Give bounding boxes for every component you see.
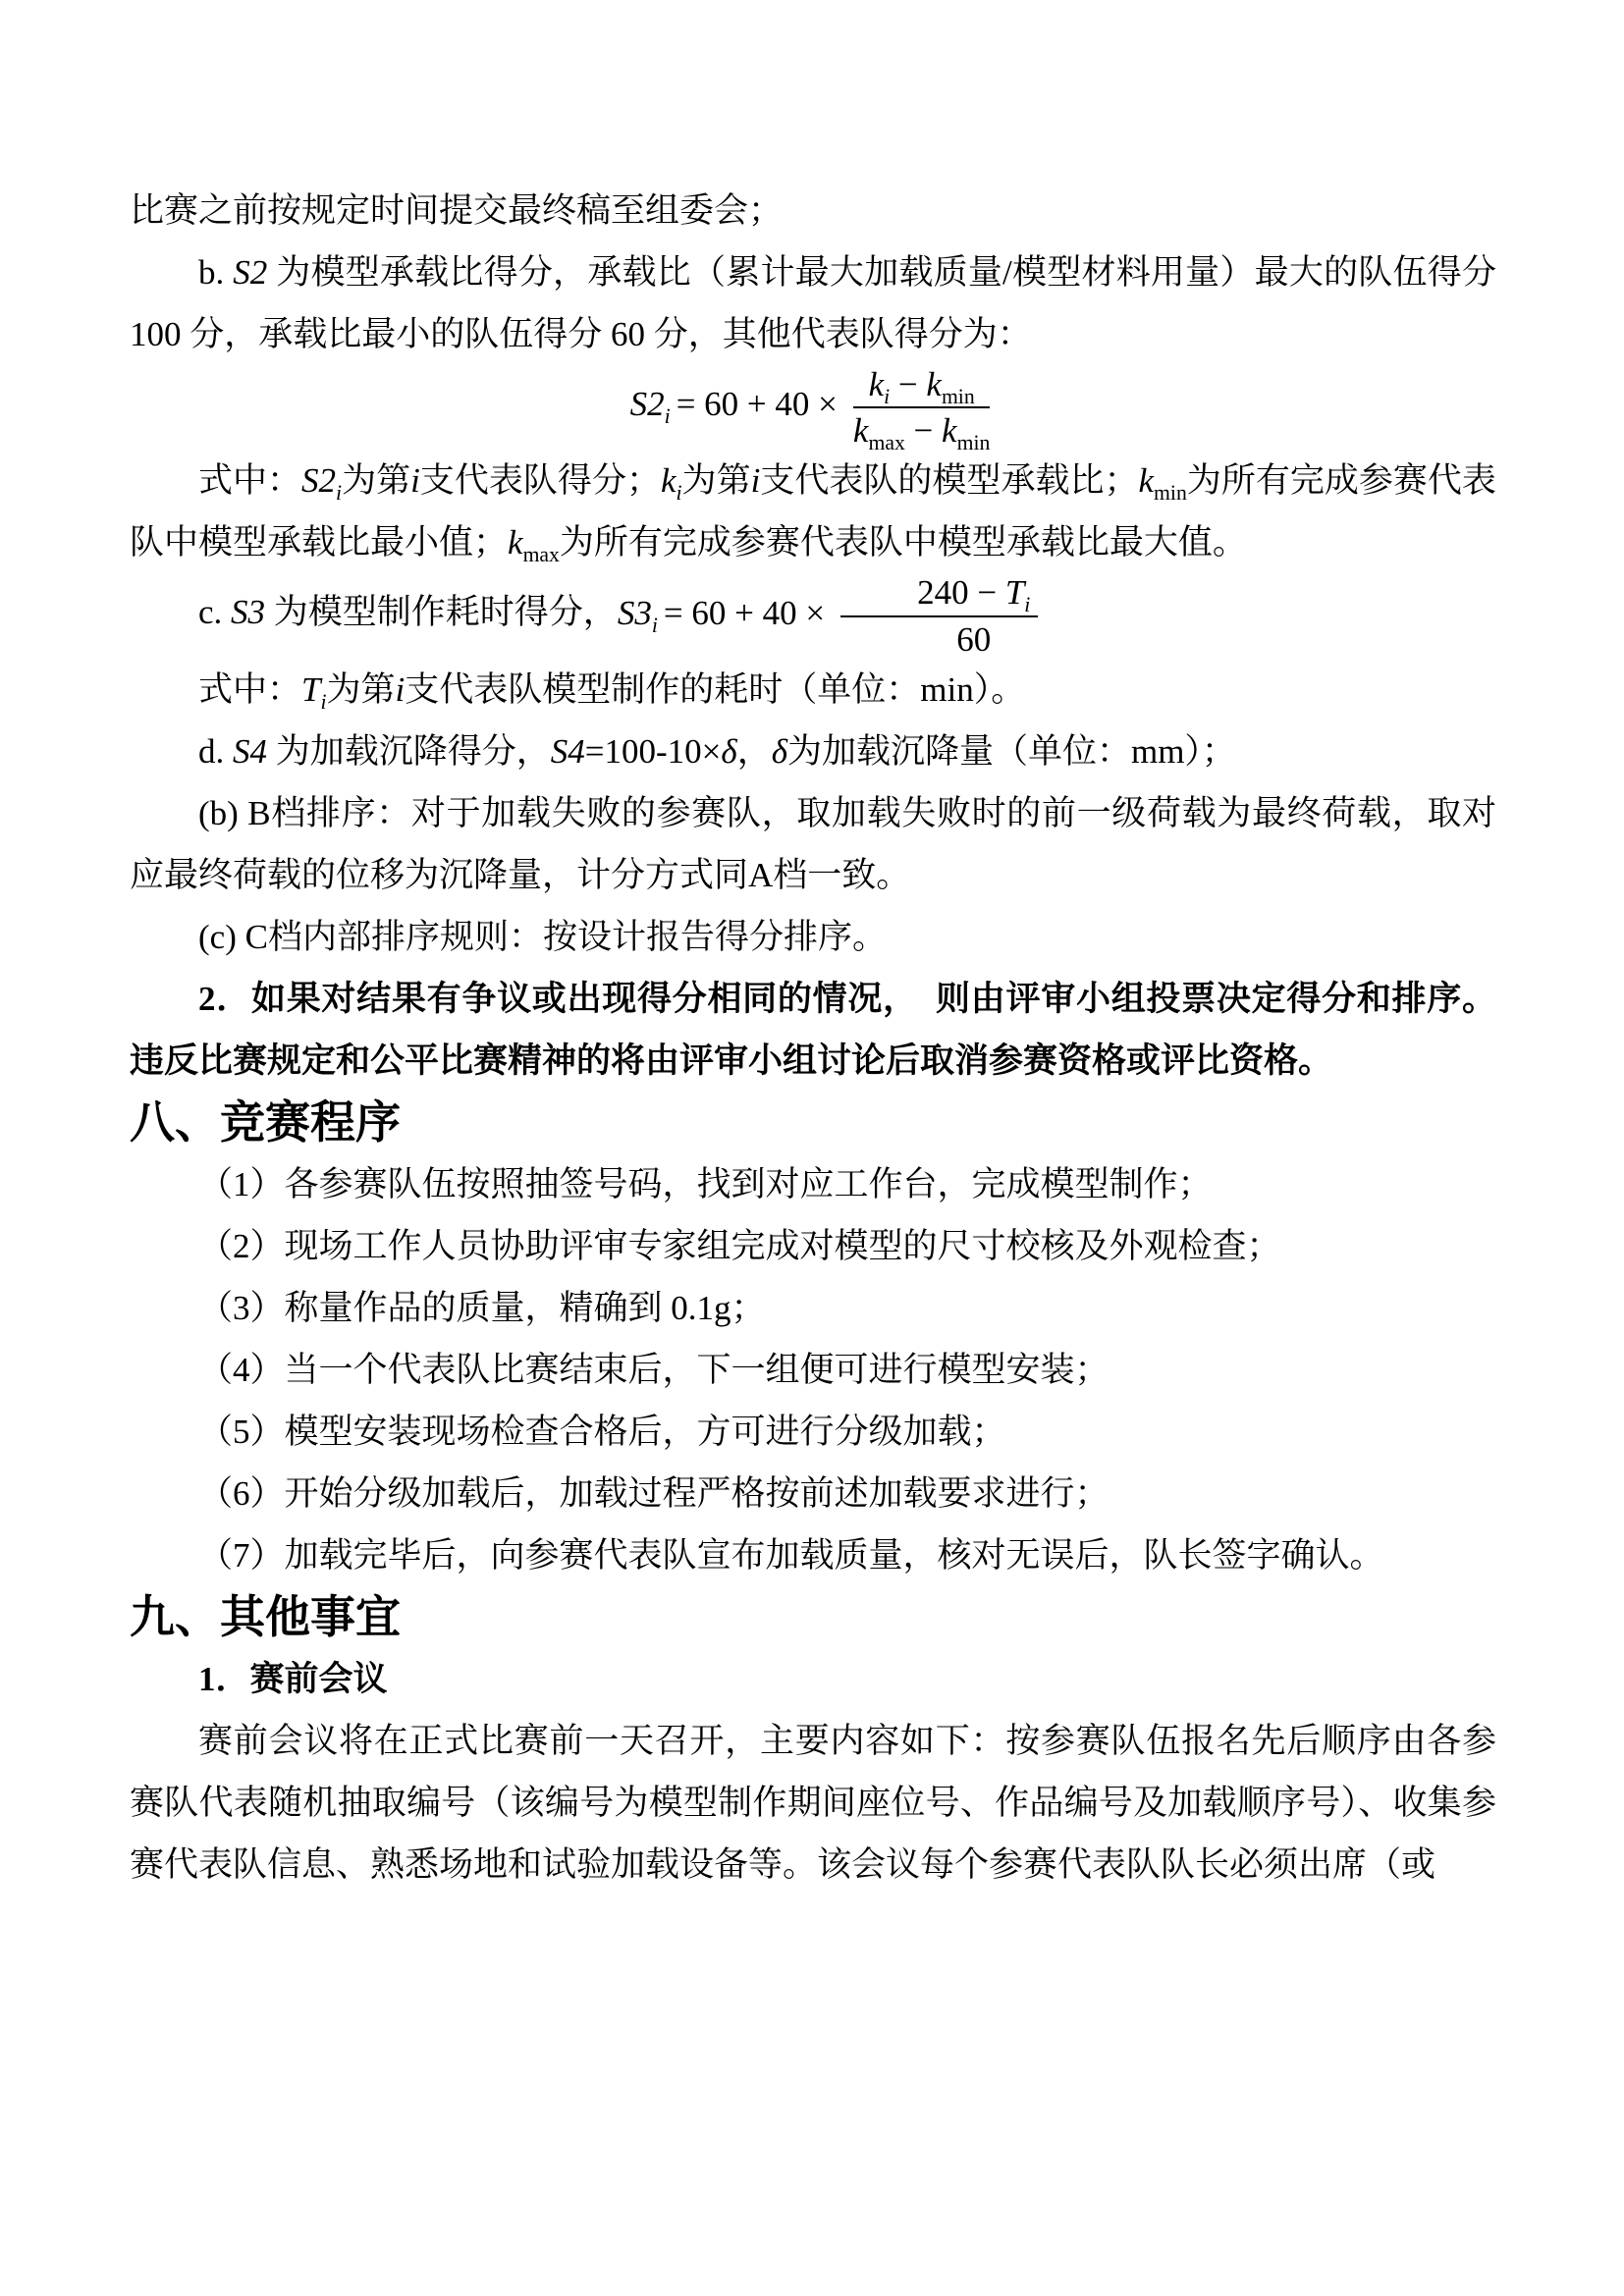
text-run: （1）各参赛队伍按照抽签号码，找到对应工作台，完成模型制作； [198, 1165, 1213, 1203]
heading-text: 八、竞赛程序 [130, 1097, 401, 1148]
text-run: 为模型承载比得分，承载比（累计最大加载质量/模型材料用量）最大的队伍得分 100… [130, 253, 1496, 353]
procedure-item-1: （1）各参赛队伍按照抽签号码，找到对应工作台，完成模型制作； [130, 1153, 1496, 1215]
heading-text: 九、其他事宜 [130, 1592, 401, 1642]
numerator-text: 240 − [917, 573, 1005, 612]
text-run: =100-10× [585, 732, 722, 771]
variable-k: k [853, 411, 869, 450]
subscript-max: max [523, 543, 560, 566]
text-run: 式中： [198, 461, 301, 500]
fraction-denominator: 60 [840, 617, 1038, 659]
paragraph-dispute-rule: 2．如果对结果有争议或出现得分相同的情况， 则由评审小组投票决定得分和排序。违反… [130, 968, 1496, 1092]
formula-s3: S3i= 60 + 40 ×240 − Ti60 [618, 594, 1045, 632]
text-run: 支代表队的模型承载比； [760, 461, 1138, 500]
formula-lhs: S3 [618, 594, 652, 632]
paragraph-item-b: b. S2 为模型承载比得分，承载比（累计最大加载质量/模型材料用量）最大的队伍… [130, 241, 1496, 365]
variable-k: k [1139, 461, 1155, 500]
text-run: 为第 [682, 461, 751, 500]
text-run: 支代表队模型制作的耗时（单位：min）。 [405, 670, 1025, 709]
paragraph-item-d: d. S4 为加载沉降得分，S4=100-10×δ，δ为加载沉降量（单位：mm）… [130, 721, 1496, 782]
variable-s2: S2 [301, 461, 336, 500]
text-run: 为模型制作耗时得分， [265, 594, 618, 632]
intro-paragraph: 比赛之前按规定时间提交最终稿至组委会； [130, 180, 1496, 241]
formula-lhs: S2 [630, 385, 665, 423]
subheading-pre-meeting: 1．赛前会议 [130, 1648, 1496, 1710]
variable-s4: S4 [551, 732, 585, 771]
text-run: （6）开始分级加载后，加载过程严格按前述加载要求进行； [198, 1474, 1110, 1513]
text-run: 为加载沉降量（单位：mm）； [787, 732, 1236, 771]
variable-i: i [396, 670, 406, 709]
procedure-item-5: （5）模型安装现场检查合格后，方可进行分级加载； [130, 1401, 1496, 1463]
text-run: 2．如果对结果有争议或出现得分相同的情况， 则由评审小组投票决定得分和排序。违反… [130, 980, 1496, 1080]
text-run: 赛前会议将在正式比赛前一天召开，主要内容如下：按参赛队伍报名先后顺序由各参赛队代… [130, 1722, 1496, 1884]
procedure-item-4: （4）当一个代表队比赛结束后，下一组便可进行模型安装； [130, 1339, 1496, 1401]
formula-fraction: ki − kminkmax − kmin [853, 365, 990, 450]
item-label: c. [198, 594, 231, 632]
text-run: 比赛之前按规定时间提交最终稿至组委会； [130, 191, 783, 230]
text-run: 1．赛前会议 [198, 1660, 388, 1698]
formula-fraction: 240 − Ti60 [840, 573, 1038, 658]
section-heading-8: 八、竞赛程序 [130, 1092, 1496, 1153]
subscript-i: i [884, 385, 890, 408]
formula-lhs-subscript: i [652, 614, 658, 637]
variable-k: k [926, 365, 942, 403]
text-run: （3）称量作品的质量，精确到 0.1g； [198, 1289, 766, 1327]
variable-k: k [661, 461, 677, 500]
formula-s2-note: 式中：S2i为第i支代表队得分；ki为第i支代表队的模型承载比；kmin为所有完… [130, 450, 1496, 573]
text-run: 为加载沉降得分， [267, 732, 551, 771]
variable-s2: S2 [233, 253, 267, 292]
procedure-item-3: （3）称量作品的质量，精确到 0.1g； [130, 1277, 1496, 1339]
procedure-item-6: （6）开始分级加载后，加载过程严格按前述加载要求进行； [130, 1463, 1496, 1524]
minus-sign: − [898, 365, 918, 403]
fraction-numerator: ki − kmin [853, 365, 990, 408]
subscript-min: min [1154, 481, 1187, 505]
paragraph-rank-b: (b) B档排序：对于加载失败的参赛队，取加载失败时的前一级荷载为最终荷载，取对… [130, 782, 1496, 906]
subscript-min: min [942, 385, 975, 408]
formula-lhs-subscript: i [665, 404, 671, 428]
variable-s4: S4 [233, 732, 267, 771]
variable-k: k [869, 365, 885, 403]
text-run: (c) C档内部排序规则：按设计报告得分排序。 [198, 918, 887, 956]
formula-s2: S2i= 60 + 40 ×ki − kminkmax − kmin [130, 365, 1496, 450]
text-run: （5）模型安装现场检查合格后，方可进行分级加载； [198, 1413, 1006, 1451]
paragraph-item-c: c. S3 为模型制作耗时得分，S3i= 60 + 40 ×240 − Ti60 [130, 573, 1496, 658]
variable-t: T [301, 670, 320, 709]
text-run: 支代表队得分； [420, 461, 661, 500]
item-label: b. [198, 253, 233, 292]
item-label: d. [198, 732, 233, 771]
subscript-i: i [1024, 593, 1030, 616]
formula-mid: = 60 + 40 × [677, 385, 838, 423]
text-run: （4）当一个代表队比赛结束后，下一组便可进行模型安装； [198, 1351, 1110, 1389]
variable-k: k [942, 411, 957, 450]
variable-delta: δ [772, 732, 787, 771]
text-run: （2）现场工作人员协助评审专家组完成对模型的尺寸校核及外观检查； [198, 1227, 1281, 1265]
variable-s3: S3 [231, 594, 265, 632]
fraction-numerator: 240 − Ti [840, 573, 1038, 616]
text-run: 为第 [342, 461, 410, 500]
variable-i: i [751, 461, 761, 500]
formula-mid: = 60 + 40 × [664, 594, 825, 632]
variable-k: k [508, 523, 523, 561]
paragraph-rank-c: (c) C档内部排序规则：按设计报告得分排序。 [130, 906, 1496, 968]
procedure-item-7: （7）加载完毕后，向参赛代表队宣布加载质量，核对无误后，队长签字确认。 [130, 1524, 1496, 1586]
variable-i: i [410, 461, 420, 500]
variable-t: T [1005, 573, 1024, 612]
fraction-denominator: kmax − kmin [853, 408, 990, 450]
section-heading-9: 九、其他事宜 [130, 1586, 1496, 1648]
text-run: ， [737, 732, 772, 771]
text-run: 为第 [327, 670, 396, 709]
procedure-item-2: （2）现场工作人员协助评审专家组完成对模型的尺寸校核及外观检查； [130, 1215, 1496, 1277]
document-page: 比赛之前按规定时间提交最终稿至组委会； b. S2 为模型承载比得分，承载比（累… [0, 0, 1624, 2296]
text-run: （7）加载完毕后，向参赛代表队宣布加载质量，核对无误后，队长签字确认。 [198, 1536, 1384, 1575]
paragraph-pre-meeting: 赛前会议将在正式比赛前一天召开，主要内容如下：按参赛队伍报名先后顺序由各参赛队代… [130, 1710, 1496, 1896]
text-run: (b) B档排序：对于加载失败的参赛队，取加载失败时的前一级荷载为最终荷载，取对… [130, 794, 1496, 894]
formula-s3-note: 式中：Ti为第i支代表队模型制作的耗时（单位：min）。 [130, 659, 1496, 721]
text-run: 式中： [198, 670, 301, 709]
text-run: 为所有完成参赛代表队中模型承载比最大值。 [560, 523, 1247, 561]
minus-sign: − [914, 411, 934, 450]
variable-delta: δ [721, 732, 736, 771]
